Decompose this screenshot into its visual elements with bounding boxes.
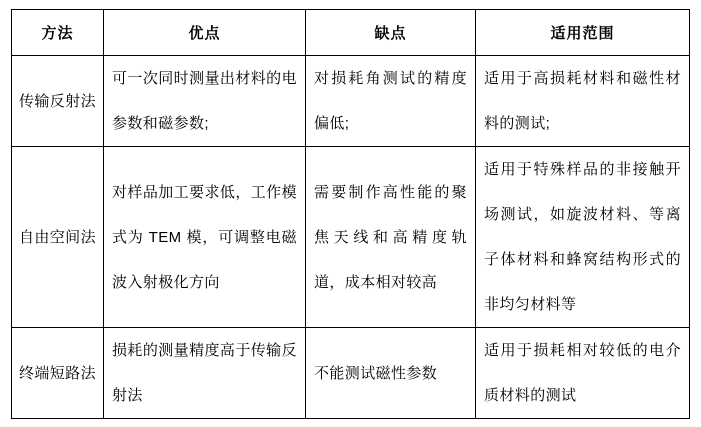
column-header-scope: 适用范围: [476, 10, 690, 56]
table-row: 自由空间法 对样品加工要求低，工作模式为 TEM 模，可调整电磁波入射极化方向 …: [12, 147, 690, 328]
cell-method: 自由空间法: [12, 147, 104, 328]
page: 方法 优点 缺点 适用范围 传输反射法 可一次同时测量出材料的电参数和磁参数; …: [0, 0, 701, 427]
table-row: 传输反射法 可一次同时测量出材料的电参数和磁参数; 对损耗角测试的精度偏低; 适…: [12, 56, 690, 147]
cell-disadvantages: 不能测试磁性参数: [306, 328, 476, 419]
cell-scope: 适用于高损耗材料和磁性材料的测试;: [476, 56, 690, 147]
column-header-method: 方法: [12, 10, 104, 56]
table-row: 终端短路法 损耗的测量精度高于传输反射法 不能测试磁性参数 适用于损耗相对较低的…: [12, 328, 690, 419]
cell-disadvantages: 对损耗角测试的精度偏低;: [306, 56, 476, 147]
column-header-disadvantages: 缺点: [306, 10, 476, 56]
cell-advantages: 可一次同时测量出材料的电参数和磁参数;: [104, 56, 306, 147]
cell-disadvantages: 需要制作高性能的聚焦天线和高精度轨道，成本相对较高: [306, 147, 476, 328]
cell-method: 终端短路法: [12, 328, 104, 419]
cell-advantages: 损耗的测量精度高于传输反射法: [104, 328, 306, 419]
cell-method: 传输反射法: [12, 56, 104, 147]
comparison-table: 方法 优点 缺点 适用范围 传输反射法 可一次同时测量出材料的电参数和磁参数; …: [11, 9, 690, 419]
column-header-advantages: 优点: [104, 10, 306, 56]
cell-scope: 适用于损耗相对较低的电介质材料的测试: [476, 328, 690, 419]
table-header-row: 方法 优点 缺点 适用范围: [12, 10, 690, 56]
cell-advantages: 对样品加工要求低，工作模式为 TEM 模，可调整电磁波入射极化方向: [104, 147, 306, 328]
cell-scope: 适用于特殊样品的非接触开场测试，如旋波材料、等离子体材料和蜂窝结构形式的非均匀材…: [476, 147, 690, 328]
